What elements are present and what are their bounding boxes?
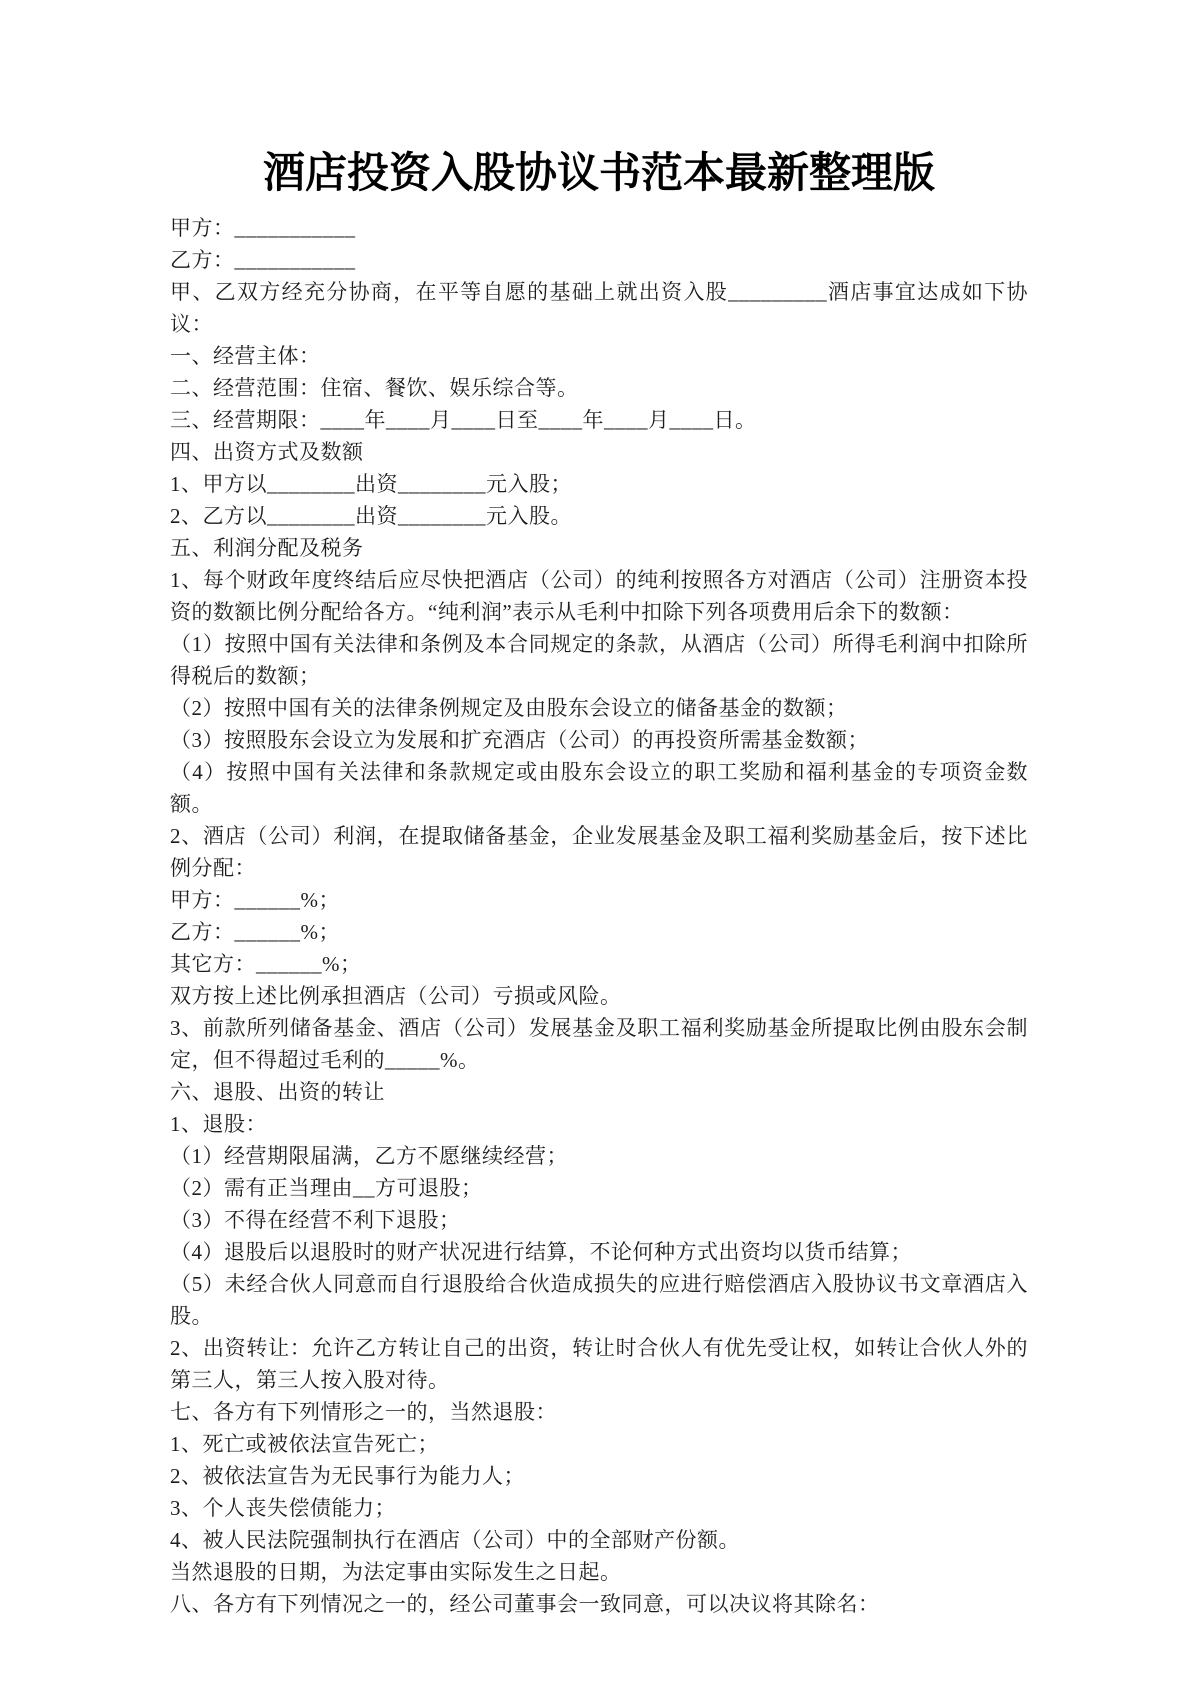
doc-line: （2）需有正当理由__方可退股； xyxy=(170,1172,1028,1204)
doc-line: （4）退股后以退股时的财产状况进行结算，不论何种方式出资均以货币结算； xyxy=(170,1236,1028,1268)
doc-line: （1）经营期限届满，乙方不愿继续经营； xyxy=(170,1140,1028,1172)
document-page: 酒店投资入股协议书范本最新整理版 甲方：___________ 乙方：_____… xyxy=(0,0,1190,1683)
doc-line: 2、酒店（公司）利润，在提取储备基金，企业发展基金及职工福利奖励基金后，按下述比… xyxy=(170,820,1028,884)
doc-line: 3、个人丧失偿债能力； xyxy=(170,1492,1028,1524)
doc-line: （2）按照中国有关的法律条例规定及由股东会设立的储备基金的数额； xyxy=(170,692,1028,724)
doc-line: 双方按上述比例承担酒店（公司）亏损或风险。 xyxy=(170,980,1028,1012)
doc-line: 1、甲方以________出资________元入股； xyxy=(170,468,1028,500)
doc-line: （5）未经合伙人同意而自行退股给合伙造成损失的应进行赔偿酒店入股协议书文章酒店入… xyxy=(170,1268,1028,1332)
doc-line-section-3: 三、经营期限：____年____月____日至____年____月____日。 xyxy=(170,404,1028,436)
doc-line-section-6: 六、退股、出资的转让 xyxy=(170,1076,1028,1108)
doc-line-section-1: 一、经营主体： xyxy=(170,340,1028,372)
doc-line-party-b: 乙方：___________ xyxy=(170,244,1028,276)
doc-line-section-5: 五、利润分配及税务 xyxy=(170,532,1028,564)
doc-line-preamble: 甲、乙双方经充分协商，在平等自愿的基础上就出资入股_________酒店事宜达成… xyxy=(170,276,1028,340)
doc-line-ratio-party-a: 甲方：______%； xyxy=(170,884,1028,916)
doc-line: 4、被人民法院强制执行在酒店（公司）中的全部财产份额。 xyxy=(170,1524,1028,1556)
doc-line-ratio-other: 其它方：______%； xyxy=(170,948,1028,980)
doc-line: 2、被依法宣告为无民事行为能力人； xyxy=(170,1460,1028,1492)
doc-line: 当然退股的日期，为法定事由实际发生之日起。 xyxy=(170,1556,1028,1588)
document-title: 酒店投资入股协议书范本最新整理版 xyxy=(170,148,1028,200)
doc-line-section-8: 八、各方有下列情况之一的，经公司董事会一致同意，可以决议将其除名： xyxy=(170,1588,1028,1620)
doc-line: 1、死亡或被依法宣告死亡； xyxy=(170,1428,1028,1460)
doc-line: （3）按照股东会设立为发展和扩充酒店（公司）的再投资所需基金数额； xyxy=(170,724,1028,756)
doc-line: 1、退股： xyxy=(170,1108,1028,1140)
doc-line: 1、每个财政年度终结后应尽快把酒店（公司）的纯利按照各方对酒店（公司）注册资本投… xyxy=(170,564,1028,628)
doc-line-section-4: 四、出资方式及数额 xyxy=(170,436,1028,468)
doc-line: 2、乙方以________出资________元入股。 xyxy=(170,500,1028,532)
document-body: 甲方：___________ 乙方：___________ 甲、乙双方经充分协商… xyxy=(170,212,1028,1620)
doc-line: （3）不得在经营不利下退股； xyxy=(170,1204,1028,1236)
doc-line-section-7: 七、各方有下列情形之一的，当然退股： xyxy=(170,1396,1028,1428)
doc-line-party-a: 甲方：___________ xyxy=(170,212,1028,244)
doc-line: （1）按照中国有关法律和条例及本合同规定的条款，从酒店（公司）所得毛利润中扣除所… xyxy=(170,628,1028,692)
document-content: 酒店投资入股协议书范本最新整理版 甲方：___________ 乙方：_____… xyxy=(170,148,1028,1620)
doc-line: （4）按照中国有关法律和条款规定或由股东会设立的职工奖励和福利基金的专项资金数额… xyxy=(170,756,1028,820)
doc-line: 3、前款所列储备基金、酒店（公司）发展基金及职工福利奖励基金所提取比例由股东会制… xyxy=(170,1012,1028,1076)
doc-line: 2、出资转让：允许乙方转让自己的出资，转让时合伙人有优先受让权，如转让合伙人外的… xyxy=(170,1332,1028,1396)
doc-line-section-2: 二、经营范围：住宿、餐饮、娱乐综合等。 xyxy=(170,372,1028,404)
doc-line-ratio-party-b: 乙方：______%； xyxy=(170,916,1028,948)
